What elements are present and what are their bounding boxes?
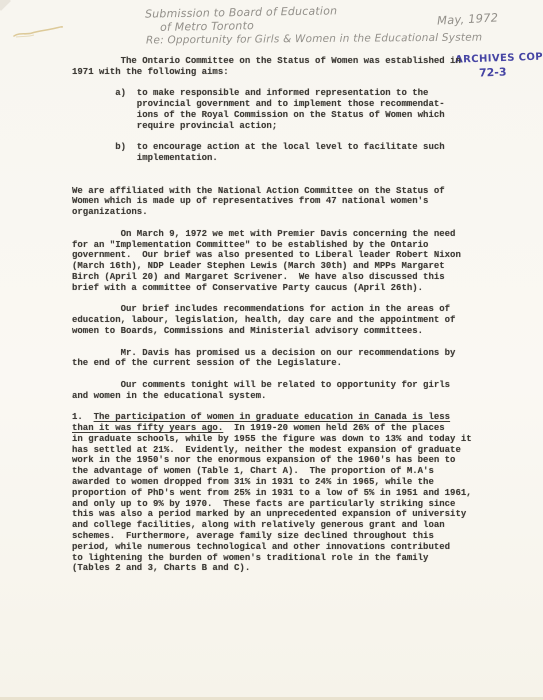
typed-line: 1971 with the following aims: xyxy=(72,67,472,78)
typed-line: provincial government and to implement t… xyxy=(72,99,472,110)
scan-corner-shade xyxy=(0,0,11,11)
typed-line: implementation. xyxy=(72,153,472,164)
comments-paragraph: Our comments tonight will be related to … xyxy=(72,380,472,402)
typed-line: The Ontario Committee on the Status of W… xyxy=(72,56,472,67)
typed-line: period, while numerous technological and… xyxy=(72,542,472,553)
aim-item-b: b) to encourage action at the local leve… xyxy=(72,142,472,164)
section-1-graduate-education: 1. The participation of women in graduat… xyxy=(72,412,472,574)
typed-line: require provincial action; xyxy=(72,121,472,132)
typed-line: schemes. Furthermore, average family siz… xyxy=(72,531,472,542)
typed-line: the advantage of women (Table 1, Chart A… xyxy=(72,466,472,477)
typed-line: to lightening the burden of women's trad… xyxy=(72,553,472,564)
typed-line: (Tables 2 and 3, Charts B and C). xyxy=(72,563,472,574)
typed-line: proportion of PhD's went from 25% in 193… xyxy=(72,488,472,499)
typed-line: women to Boards, Commissions and Ministe… xyxy=(72,326,472,337)
archives-number: 72-3 xyxy=(479,66,507,80)
typed-line: a) to make responsible and informed repr… xyxy=(72,88,472,99)
typed-line: Women which is made up of representative… xyxy=(72,196,472,207)
typed-line: awarded to women dropped from 31% in 193… xyxy=(72,477,472,488)
typed-line: Mr. Davis has promised us a decision on … xyxy=(72,348,472,359)
pencil-scribble xyxy=(12,20,64,42)
handwritten-submission-line1: Submission to Board of Education xyxy=(145,4,337,20)
opening-paragraph: The Ontario Committee on the Status of W… xyxy=(72,56,472,78)
typed-line: 1. The participation of women in graduat… xyxy=(72,412,472,423)
typed-line: brief with a committee of Conservative P… xyxy=(72,283,472,294)
typed-line: this was also a period marked by an unpr… xyxy=(72,509,472,520)
aim-item-a: a) to make responsible and informed repr… xyxy=(72,88,472,131)
typed-line: ions of the Royal Commission on the Stat… xyxy=(72,110,472,121)
affiliation-paragraph: We are affiliated with the National Acti… xyxy=(72,186,472,218)
typed-line: Our brief includes recommendations for a… xyxy=(72,304,472,315)
typed-line: has settled at 21%. Evidently, neither t… xyxy=(72,445,472,456)
typed-line: work in the 1950's nor the enormous expa… xyxy=(72,455,472,466)
typed-line: than it was fifty years ago. In 1919-20 … xyxy=(72,423,472,434)
typed-line: On March 9, 1972 we met with Premier Dav… xyxy=(72,229,472,240)
typed-line: b) to encourage action at the local leve… xyxy=(72,142,472,153)
typed-line: and only up to 9% by 1970. These facts a… xyxy=(72,499,472,510)
handwritten-date: May, 1972 xyxy=(437,10,499,27)
handwritten-submission-line2: of Metro Toronto xyxy=(160,19,254,34)
typed-line: government. Our brief was also presented… xyxy=(72,250,472,261)
typed-line: Birch (April 20) and Margaret Scrivener.… xyxy=(72,272,472,283)
typed-line: and college facilities, along with relat… xyxy=(72,520,472,531)
davis-promise-paragraph: Mr. Davis has promised us a decision on … xyxy=(72,348,472,370)
typed-line: and women in the educational system. xyxy=(72,391,472,402)
typed-line: We are affiliated with the National Acti… xyxy=(72,186,472,197)
brief-contents-paragraph: Our brief includes recommendations for a… xyxy=(72,304,472,336)
scanned-document-page: Submission to Board of Education of Metr… xyxy=(0,0,543,700)
typed-line: Our comments tonight will be related to … xyxy=(72,380,472,391)
typed-line: (March 16th), NDP Leader Stephen Lewis (… xyxy=(72,261,472,272)
typed-line: organizations. xyxy=(72,207,472,218)
typed-line: in graduate schools, while by 1955 the f… xyxy=(72,434,472,445)
handwritten-submission-line3: Re: Opportunity for Girls & Women in the… xyxy=(146,32,482,47)
typed-text: The Ontario Committee on the Status of W… xyxy=(72,56,472,574)
typed-line: education, labour, legislation, health, … xyxy=(72,315,472,326)
typed-line: for an "Implementation Committee" to be … xyxy=(72,240,472,251)
typed-line: the end of the current session of the Le… xyxy=(72,358,472,369)
premier-meeting-paragraph: On March 9, 1972 we met with Premier Dav… xyxy=(72,229,472,294)
